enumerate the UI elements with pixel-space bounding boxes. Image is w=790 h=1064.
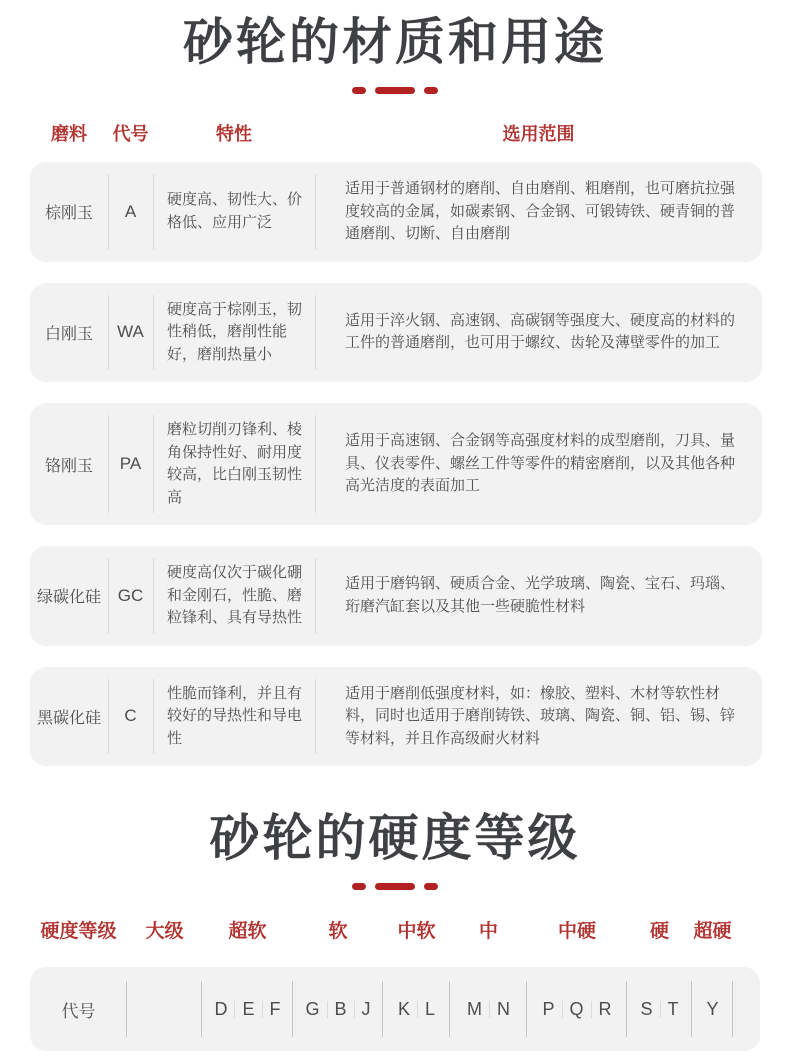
hardness-code-row: 代号 D E F G B	[30, 967, 760, 1051]
header-medium-soft: 中软	[383, 916, 450, 943]
hardness-code: F	[270, 999, 281, 1020]
material-usage: 适用于磨削低强度材料，如：橡胶、塑料、木材等软性材料，同时也适用于磨削铸铁、玻璃…	[315, 681, 762, 753]
dash-small-left	[352, 87, 366, 94]
material-usage: 适用于高速钢、合金钢等高强度材料的成型磨削，刀具、量具、仪表零件、螺丝工件等零件…	[315, 417, 762, 511]
dash-small-right	[424, 87, 438, 94]
header-hard: 硬	[627, 916, 692, 943]
section-materials: 砂轮的材质和用途 磨料 代号 特性 选用范围 棕刚玉 A 硬度高、韧性大、价格低…	[0, 10, 790, 766]
letter-divider	[354, 1001, 355, 1018]
letter-divider	[562, 1001, 563, 1018]
code-row-label: 代号	[62, 997, 96, 1022]
letter-divider	[417, 1001, 418, 1018]
letter-divider	[489, 1001, 490, 1018]
material-usage: 适用于淬火钢、高速钢、高碳钢等强度大、硬度高的材料的工件的普通磨削，也可用于螺纹…	[315, 297, 762, 369]
header-spacer	[733, 916, 760, 943]
hardness-code: S	[640, 999, 652, 1020]
section-hardness-title: 砂轮的硬度等级	[0, 806, 790, 871]
dash-small-left	[352, 883, 366, 890]
material-name: 棕刚玉	[30, 176, 108, 248]
letter-divider	[234, 1001, 235, 1018]
materials-table-header: 磨料 代号 特性 选用范围	[30, 120, 762, 146]
code-group-super-soft: D E F	[202, 967, 293, 1051]
hardness-table: 硬度等级 大级 超软 软 中软 中 中硬 硬 超硬 代号 D	[30, 916, 760, 1051]
header-super-soft: 超软	[202, 916, 293, 943]
material-code: PA	[108, 417, 153, 511]
table-row: 绿碳化硅 GC 硬度高仅次于碳化硼和金刚石，性脆、磨粒锋利、具有导热性 适用于磨…	[30, 546, 762, 646]
major-grade-empty-cell	[127, 967, 202, 1051]
header-material: 磨料	[30, 120, 108, 146]
material-traits: 硬度高、韧性大、价格低、应用广泛	[153, 176, 315, 248]
material-traits: 磨粒切削刃锋利、棱角保持性好、耐用度较高，比白刚玉韧性高	[153, 417, 315, 511]
hardness-code: D	[214, 999, 227, 1020]
material-name: 白刚玉	[30, 297, 108, 369]
hardness-code: R	[599, 999, 612, 1020]
header-super-hard: 超硬	[692, 916, 733, 943]
hardness-code: T	[668, 999, 679, 1020]
dash-long	[375, 883, 415, 890]
hardness-code: B	[335, 999, 347, 1020]
header-traits: 特性	[153, 120, 315, 146]
table-row: 黑碳化硅 C 性脆而锋利，并且有较好的导热性和导电性 适用于磨削低强度材料，如：…	[30, 667, 762, 767]
hardness-code: M	[467, 999, 482, 1020]
code-group-medium-soft: K L	[383, 967, 450, 1051]
header-major-grade: 大级	[127, 916, 202, 943]
header-usage: 选用范围	[315, 120, 762, 146]
header-code: 代号	[108, 120, 153, 146]
header-medium-hard: 中硬	[527, 916, 627, 943]
materials-table: 磨料 代号 特性 选用范围 棕刚玉 A 硬度高、韧性大、价格低、应用广泛 适用于…	[30, 120, 762, 766]
letter-divider	[591, 1001, 592, 1018]
hardness-code: N	[497, 999, 510, 1020]
letter-divider	[660, 1001, 661, 1018]
material-traits: 性脆而锋利，并且有较好的导热性和导电性	[153, 681, 315, 753]
hardness-code: G	[305, 999, 319, 1020]
material-name: 黑碳化硅	[30, 681, 108, 753]
material-name: 铬刚玉	[30, 417, 108, 511]
letter-divider	[327, 1001, 328, 1018]
hardness-code: Q	[570, 999, 584, 1020]
title-divider-ornament	[0, 883, 790, 890]
hardness-code: E	[242, 999, 254, 1020]
header-hardness-grade: 硬度等级	[30, 916, 127, 943]
code-row-tail-spacer	[733, 967, 760, 1051]
grinding-wheel-infographic: 砂轮的材质和用途 磨料 代号 特性 选用范围 棕刚玉 A 硬度高、韧性大、价格低…	[0, 0, 790, 1051]
material-code: A	[108, 176, 153, 248]
table-row: 棕刚玉 A 硬度高、韧性大、价格低、应用广泛 适用于普通钢材的磨削、自由磨削、粗…	[30, 162, 762, 262]
code-group-medium-hard: P Q R	[527, 967, 627, 1051]
hardness-code: K	[398, 999, 410, 1020]
code-group-super-hard: Y	[692, 967, 733, 1051]
code-group-soft: G B J	[293, 967, 383, 1051]
code-group-hard: S T	[627, 967, 692, 1051]
section-hardness: 砂轮的硬度等级 硬度等级 大级 超软 软 中软 中 中硬 硬 超硬 代号	[0, 806, 790, 1051]
dash-small-right	[424, 883, 438, 890]
material-traits: 硬度高仅次于碳化硼和金刚石，性脆、磨粒锋利、具有导热性	[153, 560, 315, 632]
material-code: C	[108, 681, 153, 753]
table-row: 铬刚玉 PA 磨粒切削刃锋利、棱角保持性好、耐用度较高，比白刚玉韧性高 适用于高…	[30, 403, 762, 525]
letter-divider	[262, 1001, 263, 1018]
header-medium: 中	[450, 916, 527, 943]
table-row: 白刚玉 WA 硬度高于棕刚玉，韧性稍低，磨削性能好，磨削热量小 适用于淬火钢、高…	[30, 283, 762, 383]
material-code: WA	[108, 297, 153, 369]
hardness-code: P	[542, 999, 554, 1020]
code-group-medium: M N	[450, 967, 527, 1051]
material-name: 绿碳化硅	[30, 560, 108, 632]
material-traits: 硬度高于棕刚玉，韧性稍低，磨削性能好，磨削热量小	[153, 297, 315, 369]
header-soft: 软	[293, 916, 383, 943]
title-divider-ornament	[0, 87, 790, 94]
material-code: GC	[108, 560, 153, 632]
section-materials-title: 砂轮的材质和用途	[0, 10, 790, 75]
dash-long	[375, 87, 415, 94]
hardness-code: Y	[706, 999, 718, 1020]
hardness-table-header: 硬度等级 大级 超软 软 中软 中 中硬 硬 超硬	[30, 916, 760, 943]
material-usage: 适用于磨钨钢、硬质合金、光学玻璃、陶瓷、宝石、玛瑙、珩磨汽缸套以及其他一些硬脆性…	[315, 560, 762, 632]
material-usage: 适用于普通钢材的磨削、自由磨削、粗磨削，也可磨抗拉强度较高的金属，如碳素钢、合金…	[315, 176, 762, 248]
hardness-code: L	[425, 999, 435, 1020]
code-row-label-cell: 代号	[30, 967, 127, 1051]
hardness-code: J	[362, 999, 371, 1020]
